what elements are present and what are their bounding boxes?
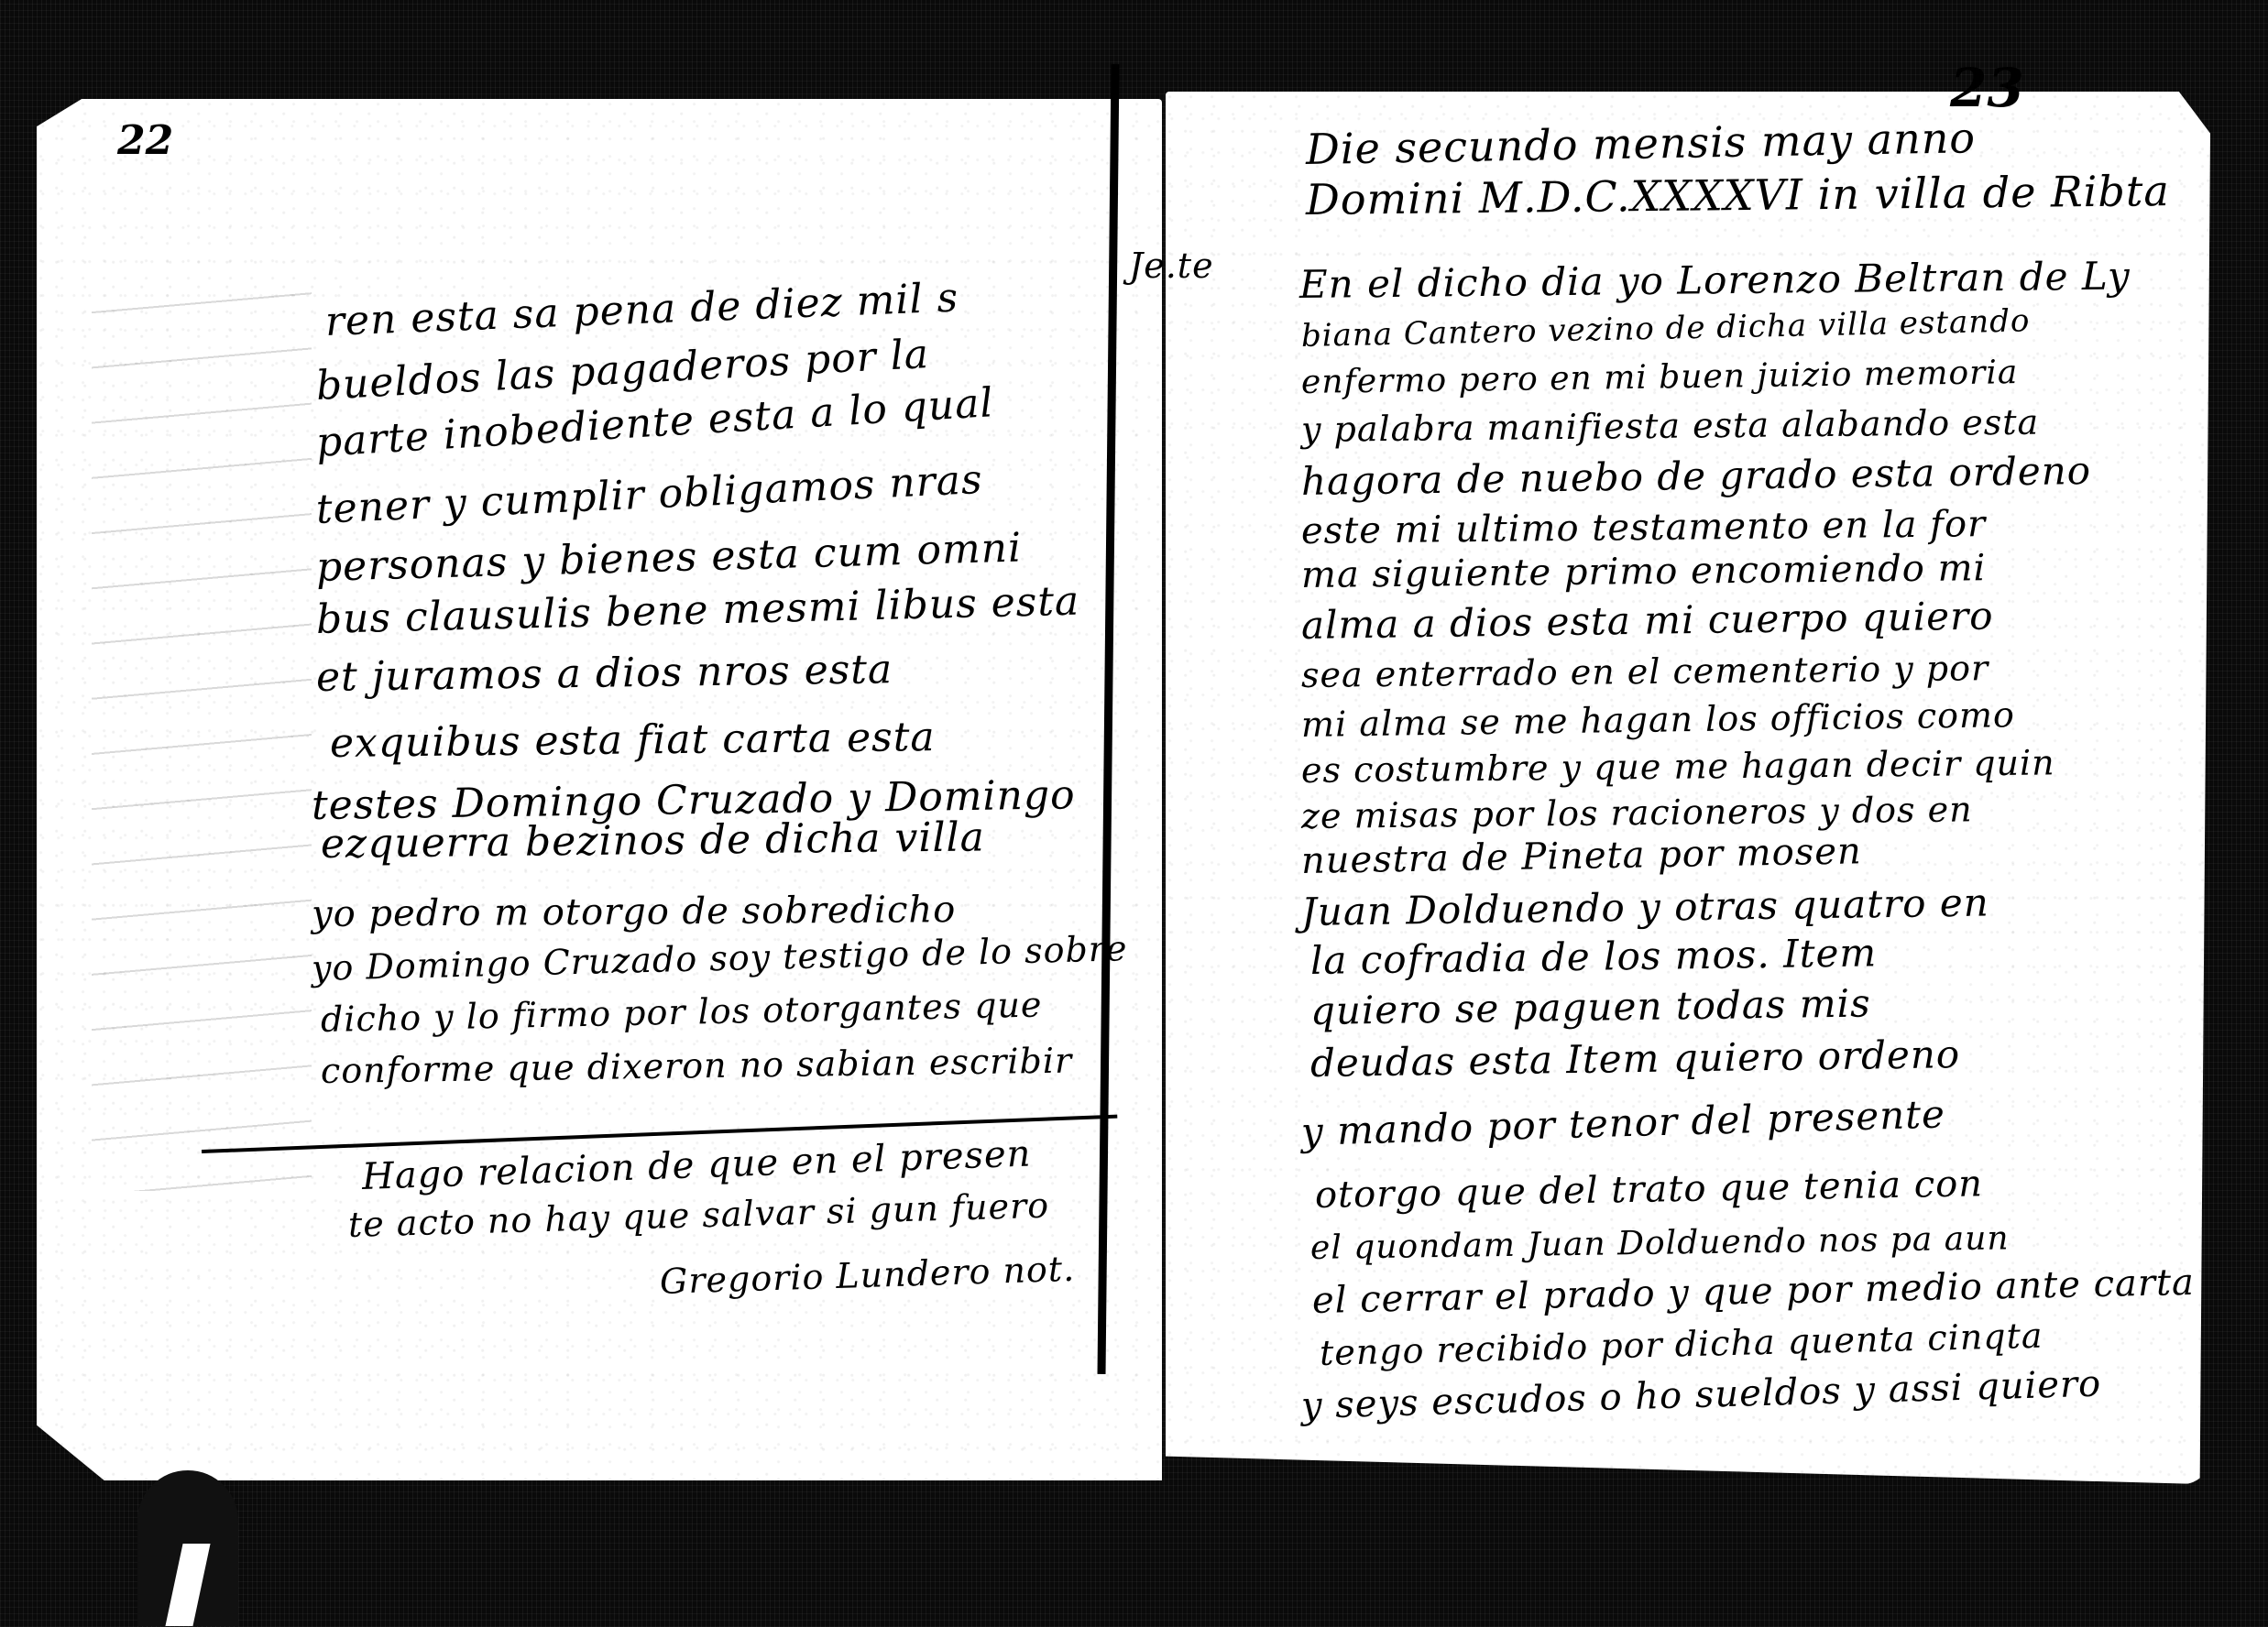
text-line: este mi ultimo testamento en la for [1301,506,1987,550]
text-line: es costumbre y que me hagan decir quin [1301,745,2055,788]
heading-line: Domini M.D.C.XXXXVI in villa de Ribta [1306,169,2170,221]
text-line: conforme que dixeron no sabian escribir [321,1043,1073,1088]
text-line: nuestra de Pineta por mosen [1301,833,1862,879]
text-line: quiero se paguen todas mis [1310,984,1871,1031]
text-line: exquibus esta fiat carta esta [330,717,936,764]
text-line: ze misas por los racioneros y dos en [1301,792,1973,834]
text-line: alma a dios esta mi cuerpo quiero [1301,596,1994,645]
text-line: et juramos a dios nros esta [316,650,893,698]
heading-line: Die secundo mensis may anno [1306,116,1977,170]
margin-note: Je.te [1129,246,1214,286]
text-line: y palabra manifiesta esta alabando esta [1301,405,2040,447]
text-line: otorgo que del trato que tenia con [1315,1165,1984,1214]
text-line: deudas esta Item quiero ordeno [1310,1035,1961,1083]
text-line: ezquerra bezinos de dicha villa [321,817,985,865]
text-line: mi alma se me hagan los officios como [1301,697,2015,742]
text-line: ma siguiente primo encomiendo mi [1301,550,1987,594]
faded-bleedthrough-text [92,275,312,1191]
text-line: yo pedro m otorgo de sobredicho [312,891,957,933]
text-line: En el dicho dia yo Lorenzo Beltran de Ly [1299,257,2131,304]
text-line: sea enterrado en el cementerio y por [1301,650,1989,693]
book-clip-object [137,1470,238,1626]
text-line: hagora de nuebo de grado esta ordeno [1301,452,2092,501]
folio-number-right: 23 [1950,57,2024,119]
text-line: la cofradia de los mos. Item [1310,934,1878,980]
folio-number-left: 22 [117,117,173,164]
text-line: Juan Dolduendo y otras quatro en [1301,884,1989,932]
